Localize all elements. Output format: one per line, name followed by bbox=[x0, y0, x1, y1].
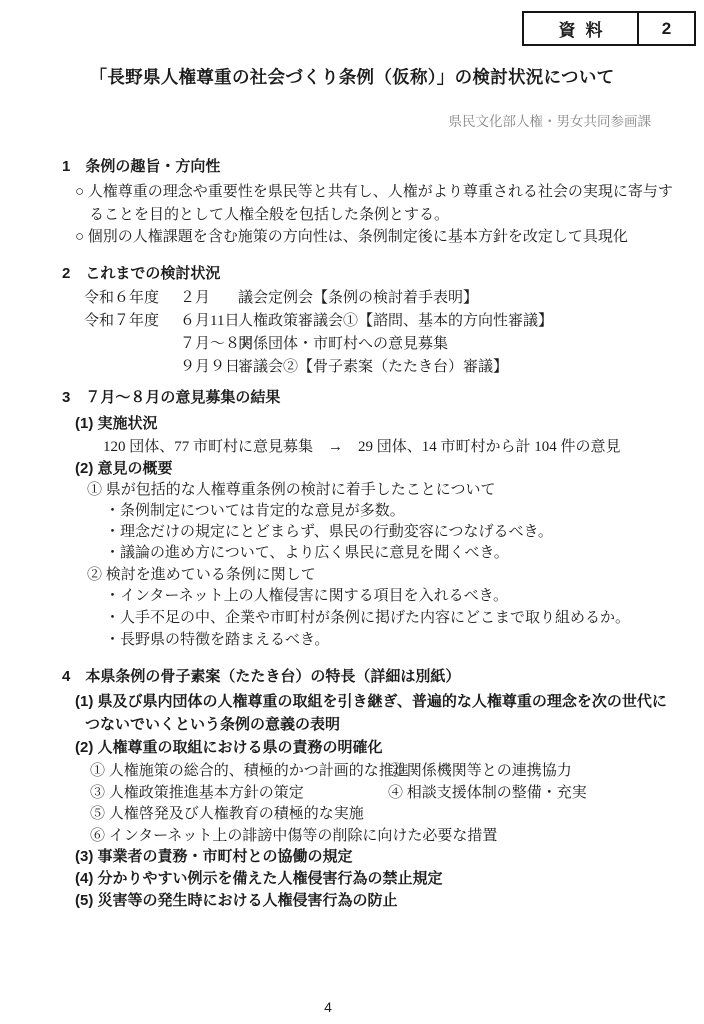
section4-item1-line1: (1) 県及び県内団体の人権尊重の取組を引き継ぎ、普遍的な人権尊重の理念を次の世… bbox=[75, 693, 667, 711]
section3-sub1-label: (1) 実施状況 bbox=[75, 415, 158, 433]
section2-heading: 2 これまでの検討状況 bbox=[62, 265, 220, 283]
section4-item5: (5) 災害等の発生時における人権侵害行為の防止 bbox=[75, 892, 398, 910]
document-number-cell: 2 bbox=[639, 13, 694, 44]
document-label-text: 資料 bbox=[559, 16, 613, 41]
section1-item1-line1: ○ 人権尊重の理念や重要性を県民等と共有し、人権がより尊重される社会の実現に寄与… bbox=[75, 183, 673, 201]
opinion-group2-title: ② 検討を進めている条例に関して bbox=[87, 566, 316, 584]
section1-heading: 1 条例の趣旨・方向性 bbox=[62, 158, 220, 176]
section4-item4: (4) 分かりやすい例示を備えた人権侵害行為の禁止規定 bbox=[75, 870, 443, 888]
duty-item: ② 関係機関等との連携協力 bbox=[388, 762, 572, 780]
page-number: 4 bbox=[0, 999, 656, 1015]
section1-item1-line2: ることを目的として人権全般を包括した条例とする。 bbox=[89, 206, 449, 224]
section1-item2: ○ 個別の人権課題を含む施策の方向性は、条例制定後に基本方針を改定して具現化 bbox=[75, 228, 628, 246]
duty-item: ④ 相談支援体制の整備・充実 bbox=[388, 784, 587, 802]
opinion-group1-title: ① 県が包括的な人権尊重条例の検討に着手したことについて bbox=[87, 481, 495, 499]
timeline-date: ９月９日 bbox=[180, 358, 240, 376]
section3-sub2-label: (2) 意見の概要 bbox=[75, 460, 173, 478]
opinion-point: ・インターネット上の人権侵害に関する項目を入れるべき。 bbox=[105, 587, 508, 605]
document-label-box: 資料 2 bbox=[522, 11, 696, 46]
section3-heading: 3 ７月～８月の意見募集の結果 bbox=[62, 389, 280, 407]
timeline-desc: 議会定例会【条例の検討着手表明】 bbox=[238, 289, 478, 307]
timeline-desc: 人権政策審議会①【諮問、基本的方向性審議】 bbox=[238, 312, 553, 330]
opinion-point: ・長野県の特徴を踏まえるべき。 bbox=[105, 631, 329, 649]
section4-item1-line2: つないでいくという条例の意義の表明 bbox=[85, 716, 340, 734]
timeline-era: 令和７年度 bbox=[84, 312, 159, 330]
opinion-point: ・条例制定については肯定的な意見が多数。 bbox=[105, 502, 405, 520]
duty-item: ③ 人権政策推進基本方針の策定 bbox=[90, 784, 304, 802]
section4-item3: (3) 事業者の責務・市町村との協働の規定 bbox=[75, 848, 353, 866]
timeline-date: ２月 bbox=[180, 289, 210, 307]
department-name: 県民文化部人権・男女共同参画課 bbox=[449, 110, 652, 130]
document-number-text: 2 bbox=[662, 19, 671, 39]
section4-heading: 4 本県条例の骨子素案（たたき台）の特長（詳細は別紙） bbox=[62, 668, 460, 686]
timeline-date: ６月11日 bbox=[180, 312, 239, 330]
opinion-point: ・人手不足の中、企業や市町村が条例に掲げた内容にどこまで取り組めるか。 bbox=[105, 609, 630, 627]
duty-item: ① 人権施策の総合的、積極的かつ計画的な推進 bbox=[90, 762, 409, 780]
timeline-desc: 関係団体・市町村への意見募集 bbox=[238, 335, 448, 353]
section3-stats: 120 団体、77 市町村に意見募集 → 29 団体、14 市町村から計 104… bbox=[103, 438, 621, 456]
section4-item2: (2) 人権尊重の取組における県の責務の明確化 bbox=[75, 739, 383, 757]
page-title: 「長野県人権尊重の社会づくり条例（仮称）」の検討状況について bbox=[0, 64, 704, 89]
timeline-era: 令和６年度 bbox=[84, 289, 159, 307]
timeline-desc: 審議会②【骨子素案（たたき台）審議】 bbox=[238, 358, 508, 376]
duty-item: ⑤ 人権啓発及び人権教育の積極的な実施 bbox=[90, 805, 364, 823]
duty-item: ⑥ インターネット上の誹謗中傷等の削除に向けた必要な措置 bbox=[90, 827, 497, 845]
opinion-point: ・議論の進め方について、より広く県民に意見を聞くべき。 bbox=[105, 544, 509, 562]
opinion-point: ・理念だけの規定にとどまらず、県民の行動変容につなげるべき。 bbox=[105, 523, 553, 541]
document-page: 資料 2 「長野県人権尊重の社会づくり条例（仮称）」の検討状況について 県民文化… bbox=[0, 0, 704, 1024]
document-label-cell: 資料 bbox=[524, 13, 639, 44]
